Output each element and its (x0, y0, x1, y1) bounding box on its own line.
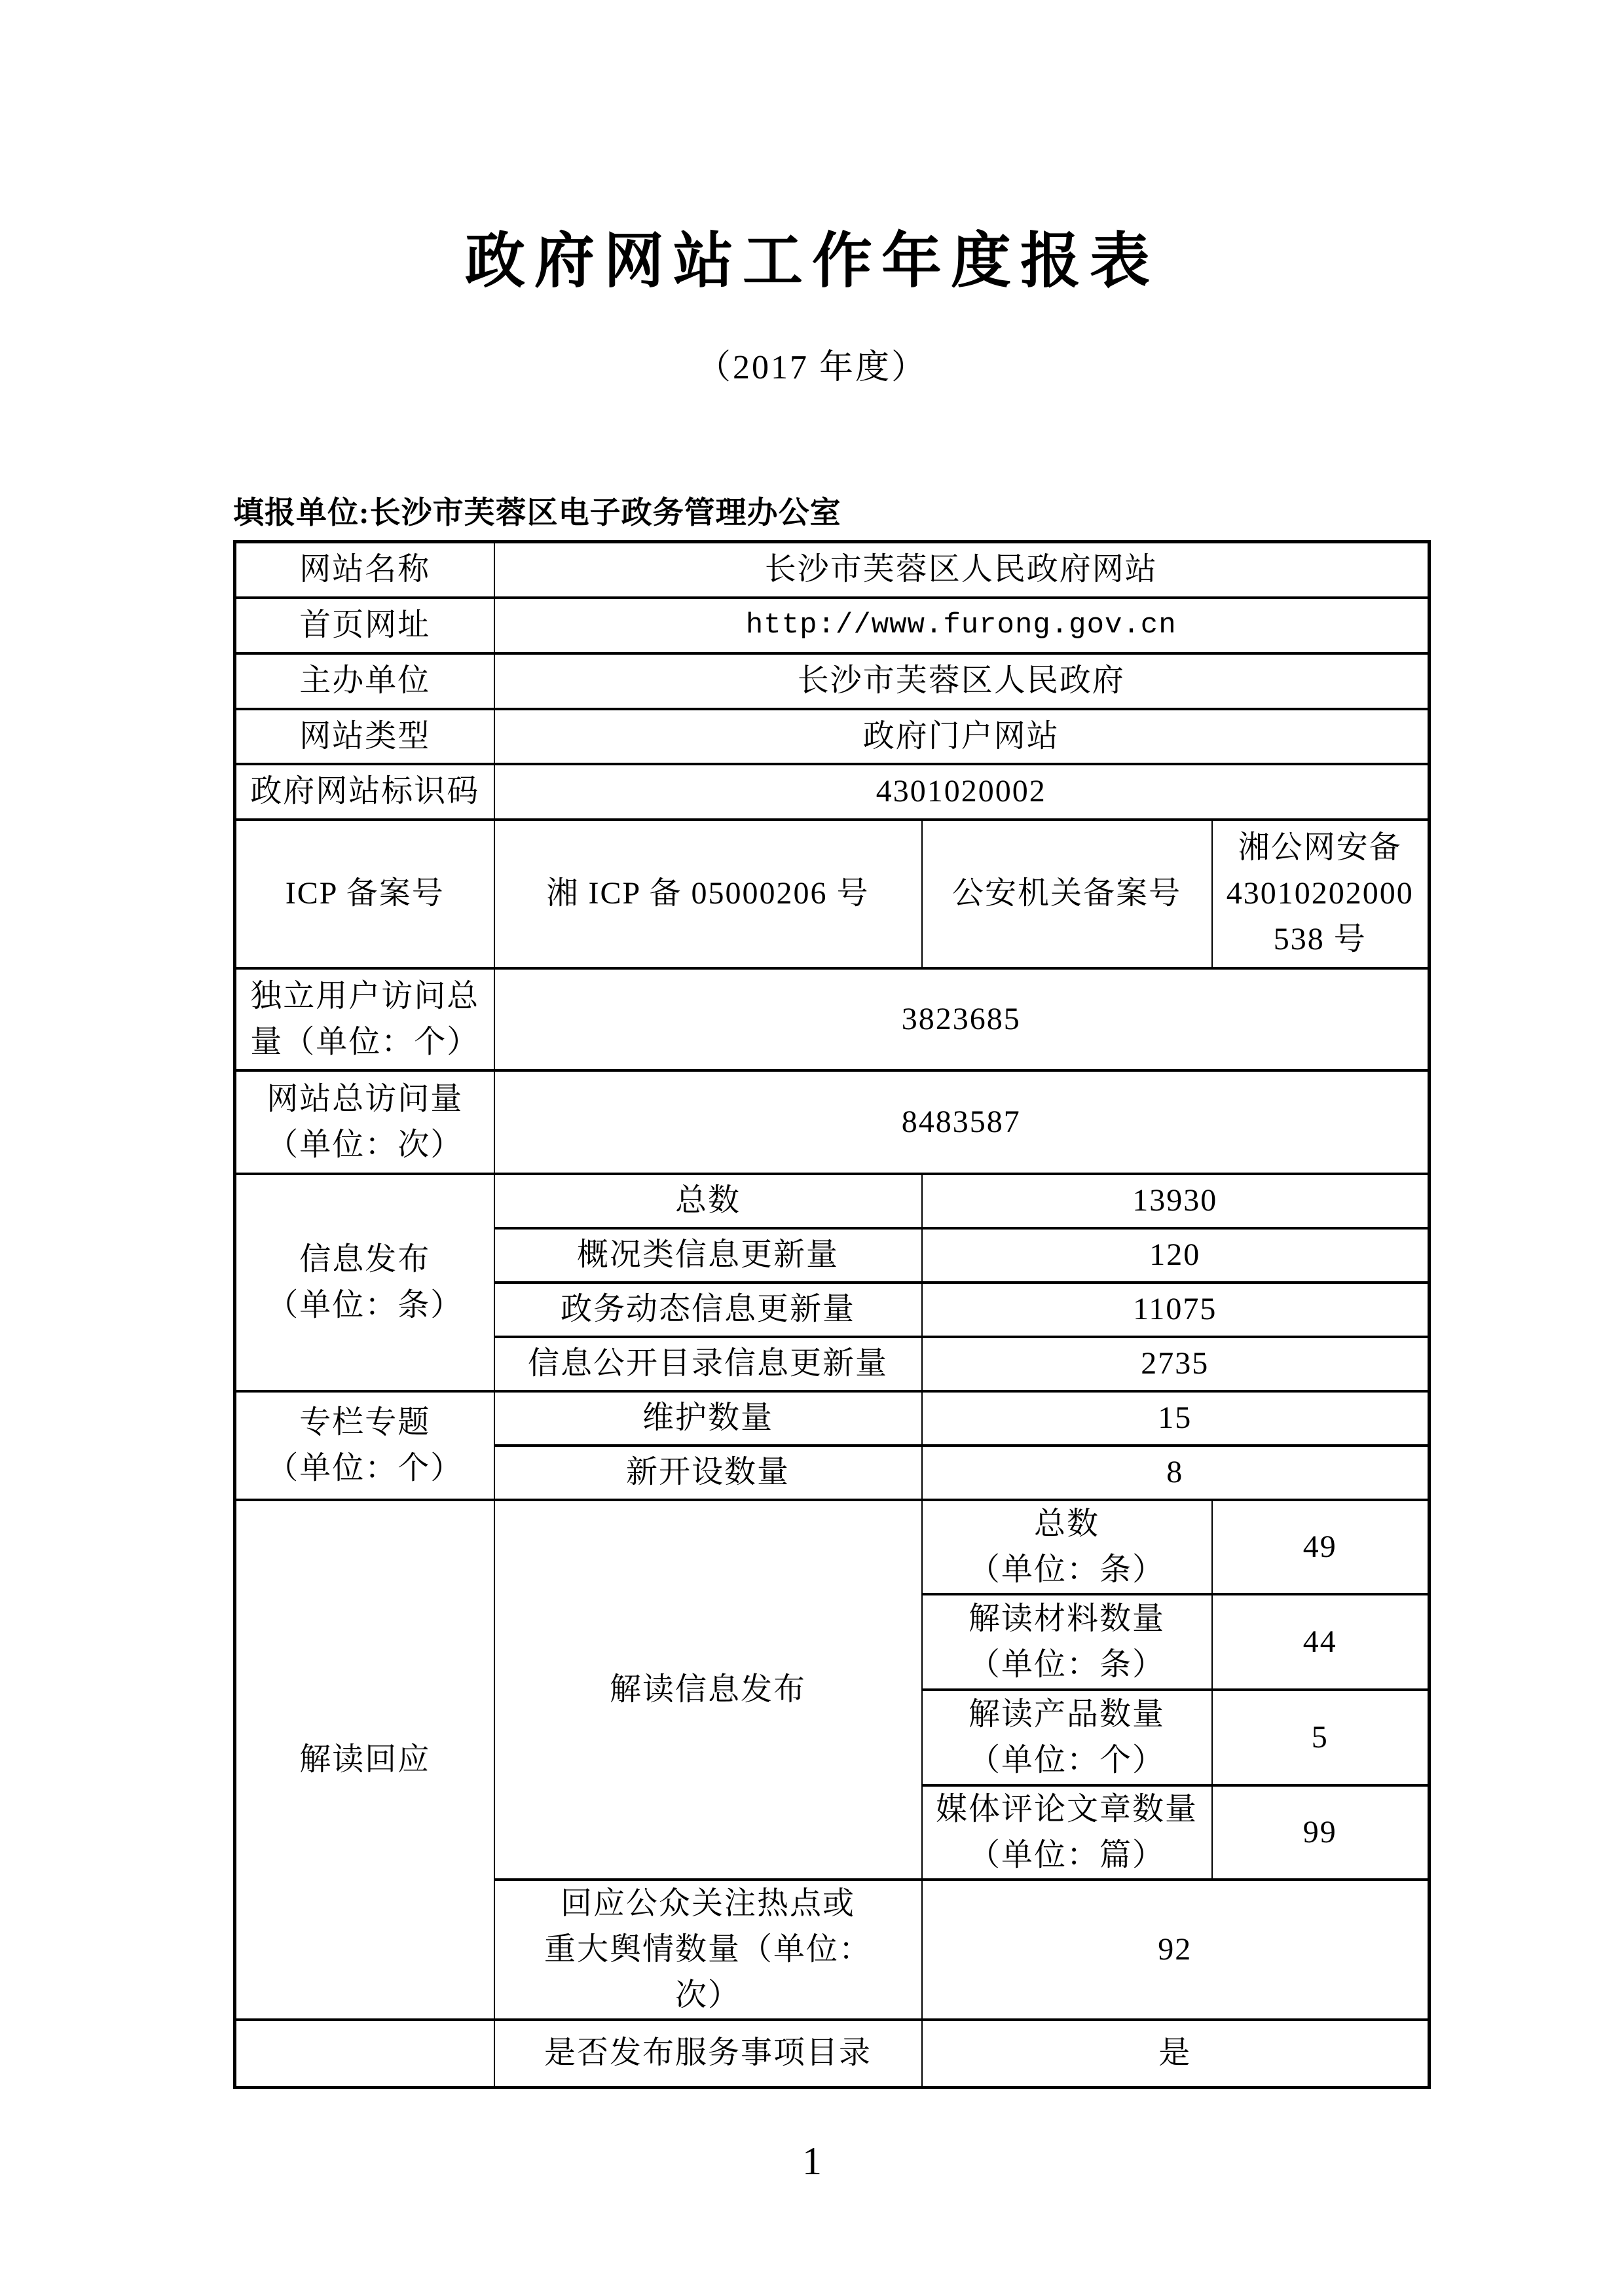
media-comment-label: 媒体评论文章数量 （单位：篇） (922, 1785, 1212, 1880)
police-record-label: 公安机关备案号 (922, 820, 1212, 968)
info-total-value: 13930 (922, 1174, 1430, 1228)
table-row-info-total: 信息发布 （单位：条） 总数 13930 (235, 1174, 1430, 1228)
table-row-site-type: 网站类型 政府门户网站 (235, 709, 1430, 764)
table-row-service-catalog: 是否发布服务事项目录 是 (235, 2020, 1430, 2088)
table-row-interpret-total: 解读回应 解读信息发布 总数 （单位：条） 49 (235, 1500, 1430, 1594)
interpret-product-value: 5 (1212, 1690, 1430, 1785)
site-id-label: 政府网站标识码 (235, 764, 494, 820)
media-comment-value: 99 (1212, 1785, 1430, 1880)
special-columns-group-label: 专栏专题 （单位：个） (235, 1391, 494, 1500)
total-visits-value: 8483587 (494, 1070, 1430, 1174)
table-row-total-visits: 网站总访问量 （单位：次） 8483587 (235, 1070, 1430, 1174)
site-type-label: 网站类型 (235, 709, 494, 764)
interpret-total-label: 总数 （单位：条） (922, 1500, 1212, 1594)
columns-new-value: 8 (922, 1446, 1430, 1500)
info-dynamic-value: 11075 (922, 1283, 1430, 1337)
public-response-value: 92 (922, 1880, 1430, 2020)
police-record-value: 湘公网安备 43010202000 538 号 (1212, 820, 1430, 968)
info-dynamic-label: 政务动态信息更新量 (494, 1283, 922, 1337)
site-name-label: 网站名称 (235, 542, 494, 598)
page-subtitle: （2017 年度） (0, 346, 1624, 390)
service-catalog-value: 是 (922, 2020, 1430, 2088)
interpret-material-label: 解读材料数量 （单位：条） (922, 1594, 1212, 1690)
interpret-product-label: 解读产品数量 （单位：个） (922, 1690, 1212, 1785)
info-catalog-label: 信息公开目录信息更新量 (494, 1337, 922, 1391)
unique-visitors-label: 独立用户访问总 量（单位：个） (235, 968, 494, 1070)
icp-value: 湘 ICP 备 05000206 号 (494, 820, 922, 968)
columns-maintained-label: 维护数量 (494, 1391, 922, 1446)
info-total-label: 总数 (494, 1174, 922, 1228)
site-name-value: 长沙市芙蓉区人民政府网站 (494, 542, 1430, 598)
interpret-total-value: 49 (1212, 1500, 1430, 1594)
page-number: 1 (0, 2140, 1624, 2183)
public-response-label: 回应公众关注热点或 重大舆情数量（单位： 次） (494, 1880, 922, 2020)
columns-new-label: 新开设数量 (494, 1446, 922, 1500)
home-url-label: 首页网址 (235, 598, 494, 653)
info-overview-value: 120 (922, 1228, 1430, 1283)
service-catalog-label: 是否发布服务事项目录 (494, 2020, 922, 2088)
info-publish-group-label: 信息发布 （单位：条） (235, 1174, 494, 1391)
organizer-label: 主办单位 (235, 653, 494, 709)
page-title: 政府网站工作年度报表 (0, 228, 1624, 294)
annual-report-table: 网站名称 长沙市芙蓉区人民政府网站 首页网址 http://www.furong… (233, 540, 1431, 2089)
site-type-value: 政府门户网站 (494, 709, 1430, 764)
table-row-unique-visitors: 独立用户访问总 量（单位：个） 3823685 (235, 968, 1430, 1070)
table-row-icp: ICP 备案号 湘 ICP 备 05000206 号 公安机关备案号 湘公网安备… (235, 820, 1430, 968)
unique-visitors-value: 3823685 (494, 968, 1430, 1070)
interpret-material-value: 44 (1212, 1594, 1430, 1690)
info-overview-label: 概况类信息更新量 (494, 1228, 922, 1283)
total-visits-label: 网站总访问量 （单位：次） (235, 1070, 494, 1174)
table-row-site-name: 网站名称 长沙市芙蓉区人民政府网站 (235, 542, 1430, 598)
empty-section-cell (235, 2020, 494, 2088)
table-row-columns-maintained: 专栏专题 （单位：个） 维护数量 15 (235, 1391, 1430, 1446)
table-row-home-url: 首页网址 http://www.furong.gov.cn (235, 598, 1430, 653)
info-catalog-value: 2735 (922, 1337, 1430, 1391)
interpretation-group-label: 解读回应 (235, 1500, 494, 2020)
table-row-site-id: 政府网站标识码 4301020002 (235, 764, 1430, 820)
icp-label: ICP 备案号 (235, 820, 494, 968)
site-id-value: 4301020002 (494, 764, 1430, 820)
interpret-publish-label: 解读信息发布 (494, 1500, 922, 1880)
table-row-organizer: 主办单位 长沙市芙蓉区人民政府 (235, 653, 1430, 709)
home-url-value: http://www.furong.gov.cn (494, 598, 1430, 653)
filing-unit-label: 填报单位:长沙市芙蓉区电子政务管理办公室 (233, 495, 841, 532)
organizer-value: 长沙市芙蓉区人民政府 (494, 653, 1430, 709)
columns-maintained-value: 15 (922, 1391, 1430, 1446)
